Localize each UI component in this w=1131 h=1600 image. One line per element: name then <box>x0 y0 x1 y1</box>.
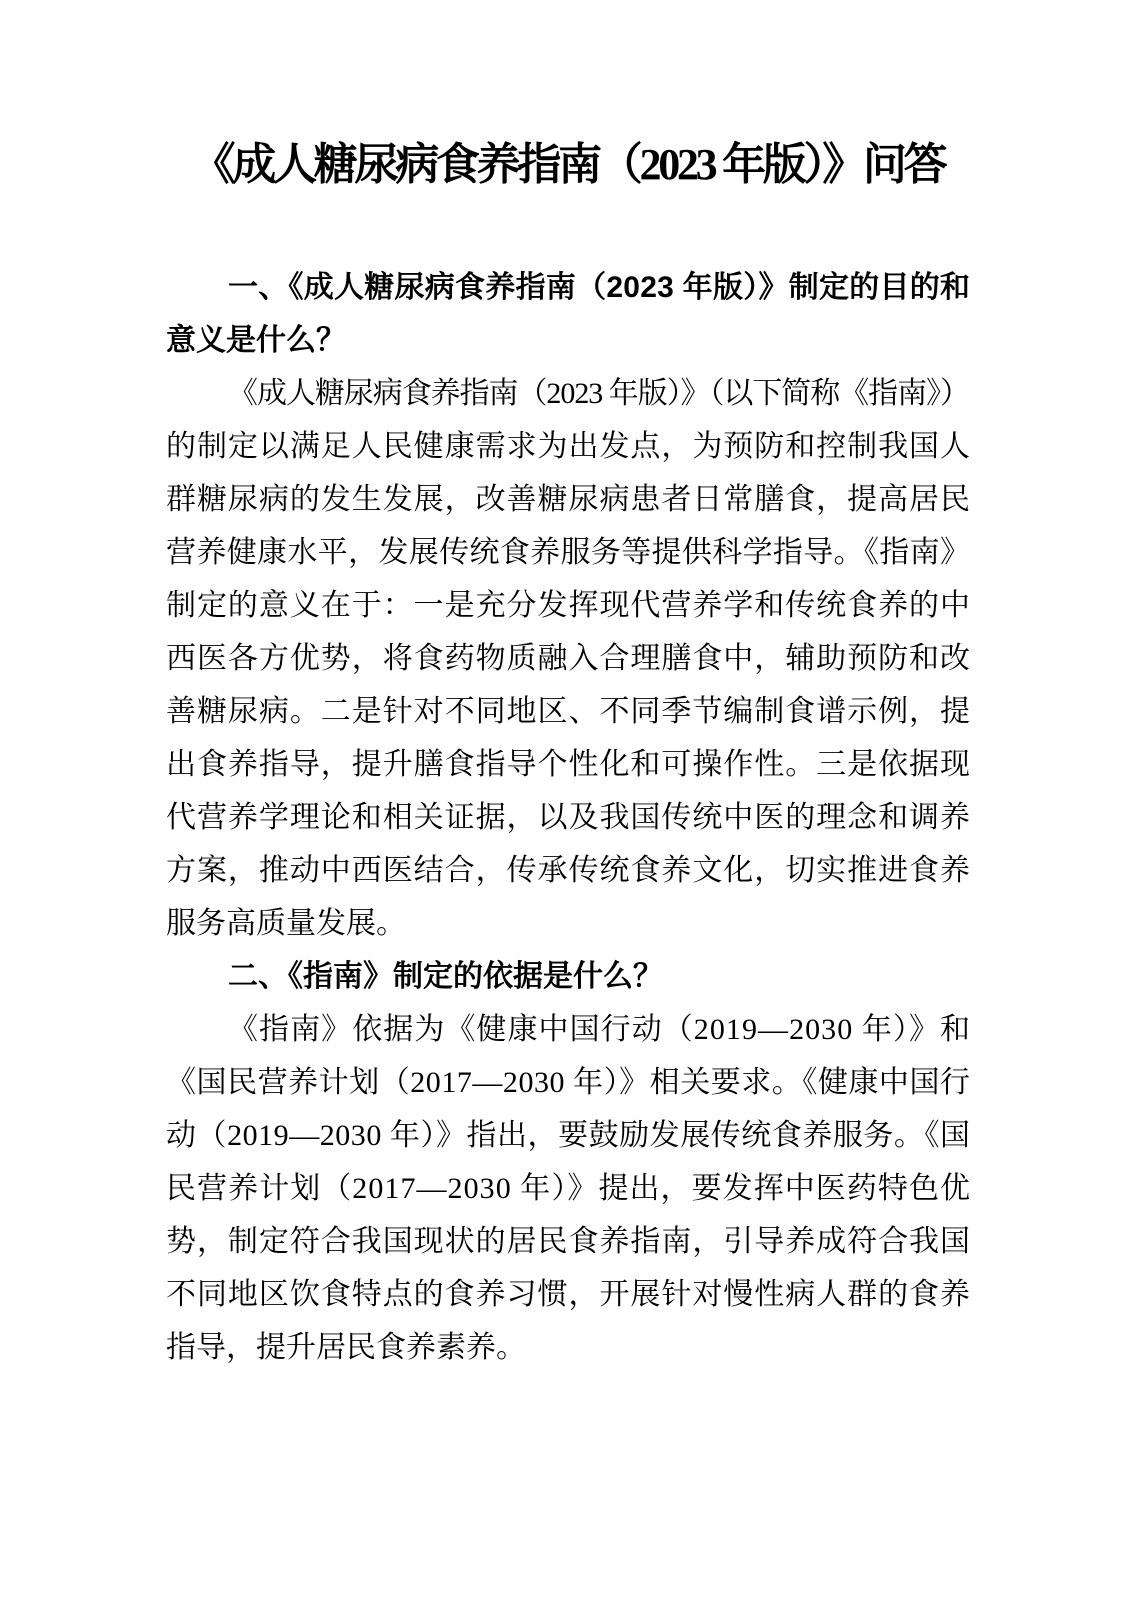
document-title-text: 《成人糖尿病食养指南（2023 年版）》问答 <box>192 140 945 189</box>
line-text: 不同地区饮食特点的食养习惯，开展针对慢性病人群的食养 <box>166 1278 971 1311</box>
line-text: 西医各方优势，将食药物质融入合理膳食中，辅助预防和改 <box>166 642 971 675</box>
paragraph-line: 《成人糖尿病食养指南（2023 年版）》（以下简称《指南》） <box>166 367 970 420</box>
line-text: 动（2019—2030 年）》指出，要鼓励发展传统食养服务。《国 <box>166 1119 971 1152</box>
line-text: 《国民营养计划（2017—2030 年）》相关要求。《健康中国行 <box>166 1066 971 1099</box>
paragraph-line: 方案，推动中西医结合，传承传统食养文化，切实推进食养 <box>166 844 970 897</box>
line-text: 势，制定符合我国现状的居民食养指南，引导养成符合我国 <box>166 1225 971 1258</box>
line-text: 群糖尿病的发生发展，改善糖尿病患者日常膳食，提高居民 <box>166 483 971 516</box>
line-text: 意义是什么？ <box>166 324 346 357</box>
paragraph-line: 善糖尿病。二是针对不同地区、不同季节编制食谱示例，提 <box>166 685 970 738</box>
document-page: 《成人糖尿病食养指南（2023 年版）》问答 一、《成人糖尿病食养指南（2023… <box>0 0 1131 1600</box>
paragraph-line: 出食养指导，提升膳食指导个性化和可操作性。三是依据现 <box>166 738 970 791</box>
heading-block: 二、《指南》制定的依据是什么？ <box>166 950 970 1003</box>
line-text: 营养健康水平，发展传统食养服务等提供科学指导。《指南》 <box>166 536 970 569</box>
paragraph-line: 不同地区饮食特点的食养习惯，开展针对慢性病人群的食养 <box>166 1268 970 1321</box>
heading-line: 二、《指南》制定的依据是什么？ <box>166 950 970 1003</box>
line-text: 一、《成人糖尿病食养指南（2023 年版）》制定的目的和 <box>228 271 970 304</box>
paragraph-line: 服务高质量发展。 <box>166 897 970 950</box>
document-body: 一、《成人糖尿病食养指南（2023 年版）》制定的目的和意义是什么？《成人糖尿病… <box>166 261 970 1374</box>
line-text: 善糖尿病。二是针对不同地区、不同季节编制食谱示例，提 <box>166 695 971 728</box>
heading-line: 一、《成人糖尿病食养指南（2023 年版）》制定的目的和 <box>166 261 970 314</box>
paragraph-line: 势，制定符合我国现状的居民食养指南，引导养成符合我国 <box>166 1215 970 1268</box>
paragraph-line: 民营养计划（2017—2030 年）》提出，要发挥中医药特色优 <box>166 1162 970 1215</box>
paragraph-block: 《成人糖尿病食养指南（2023 年版）》（以下简称《指南》）的制定以满足人民健康… <box>166 367 970 950</box>
line-text: 指导，提升居民食养素养。 <box>166 1331 526 1364</box>
paragraph-line: 《国民营养计划（2017—2030 年）》相关要求。《健康中国行 <box>166 1056 970 1109</box>
line-text: 二、《指南》制定的依据是什么？ <box>228 960 663 993</box>
line-text: 出食养指导，提升膳食指导个性化和可操作性。三是依据现 <box>166 748 971 781</box>
paragraph-line: 代营养学理论和相关证据，以及我国传统中医的理念和调养 <box>166 791 970 844</box>
line-text: 代营养学理论和相关证据，以及我国传统中医的理念和调养 <box>166 801 971 834</box>
line-text: 制定的意义在于：一是充分发挥现代营养学和传统食养的中 <box>166 589 971 622</box>
line-text: 《指南》依据为《健康中国行动（2019—2030 年）》和 <box>228 1013 971 1046</box>
paragraph-line: 西医各方优势，将食药物质融入合理膳食中，辅助预防和改 <box>166 632 970 685</box>
line-text: 方案，推动中西医结合，传承传统食养文化，切实推进食养 <box>166 854 971 887</box>
paragraph-line: 营养健康水平，发展传统食养服务等提供科学指导。《指南》 <box>166 526 970 579</box>
line-text: 民营养计划（2017—2030 年）》提出，要发挥中医药特色优 <box>166 1172 971 1205</box>
paragraph-line: 制定的意义在于：一是充分发挥现代营养学和传统食养的中 <box>166 579 970 632</box>
line-text: 《成人糖尿病食养指南（2023 年版）》（以下简称《指南》） <box>228 377 969 410</box>
paragraph-line: 群糖尿病的发生发展，改善糖尿病患者日常膳食，提高居民 <box>166 473 970 526</box>
paragraph-line: 指导，提升居民食养素养。 <box>166 1321 970 1374</box>
paragraph-line: 《指南》依据为《健康中国行动（2019—2030 年）》和 <box>166 1003 970 1056</box>
heading-line: 意义是什么？ <box>166 314 970 367</box>
paragraph-line: 的制定以满足人民健康需求为出发点，为预防和控制我国人 <box>166 420 970 473</box>
line-text: 服务高质量发展。 <box>166 907 406 940</box>
line-text: 的制定以满足人民健康需求为出发点，为预防和控制我国人 <box>166 430 971 463</box>
paragraph-block: 《指南》依据为《健康中国行动（2019—2030 年）》和《国民营养计划（201… <box>166 1003 970 1374</box>
document-content: 《成人糖尿病食养指南（2023 年版）》问答 一、《成人糖尿病食养指南（2023… <box>166 0 970 1374</box>
heading-block: 一、《成人糖尿病食养指南（2023 年版）》制定的目的和意义是什么？ <box>166 261 970 367</box>
paragraph-line: 动（2019—2030 年）》指出，要鼓励发展传统食养服务。《国 <box>166 1109 970 1162</box>
document-title: 《成人糖尿病食养指南（2023 年版）》问答 <box>166 133 970 197</box>
